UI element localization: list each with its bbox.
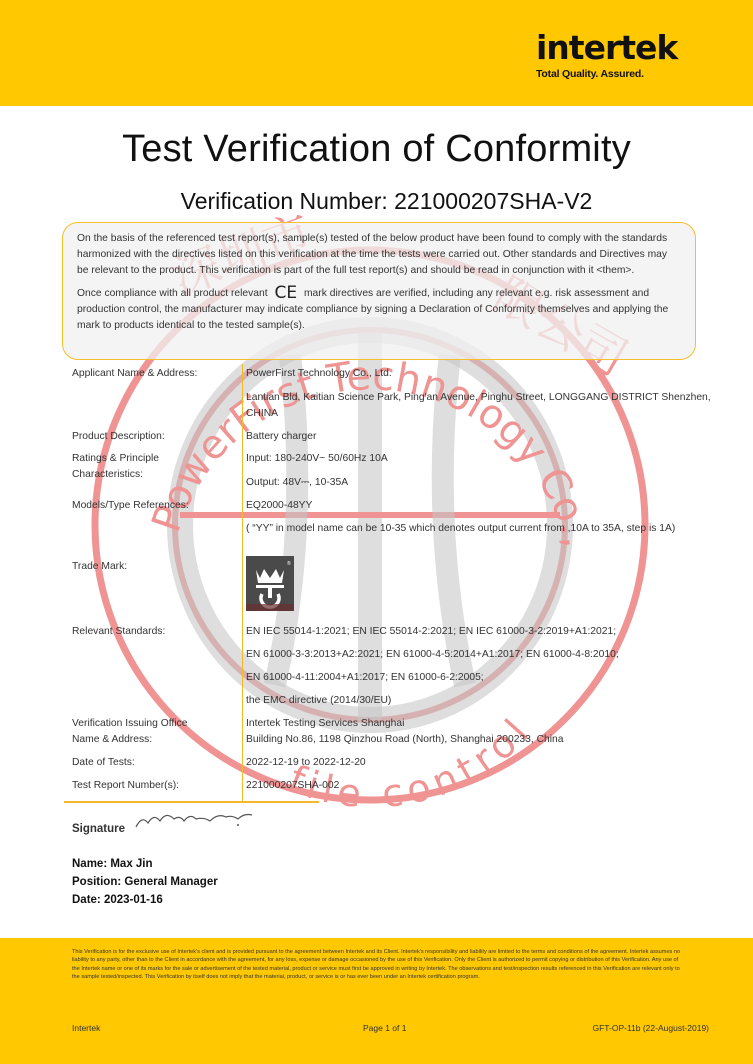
brand-name: intertek	[536, 30, 686, 66]
signature-label: Signature	[72, 823, 125, 835]
handwritten-signature	[134, 805, 264, 835]
conformity-statement-box: On the basis of the referenced test repo…	[62, 222, 696, 360]
svg-text:®: ®	[287, 560, 291, 567]
verification-number: Verification Number: 221000207SHA-V2	[0, 188, 753, 215]
brand-tagline: Total Quality. Assured.	[536, 68, 686, 80]
ratings-input: Input: 180-240V~ 50/60Hz 10A	[246, 451, 726, 467]
form-reference: GFT-OP-11b (22-August-2019)	[592, 1023, 709, 1033]
product-label: Product Description:	[72, 429, 237, 445]
signer-name: Name: Max Jin	[72, 855, 218, 873]
standards-label: Relevant Standards:	[72, 624, 237, 640]
standard-line: EN IEC 55014-1:2021; EN IEC 55014-2:2021…	[246, 624, 726, 640]
statement-text-before: Once compliance with all product relevan…	[77, 288, 268, 299]
page-footer: This Verification is for the exclusive u…	[0, 938, 753, 1064]
office-label: Verification Issuing Office Name & Addre…	[72, 716, 212, 748]
dates-value: 2022-12-19 to 2022-12-20	[246, 755, 726, 771]
applicant-label: Applicant Name & Address:	[72, 366, 237, 382]
ce-mark-icon: CE	[274, 283, 297, 303]
report-label: Test Report Number(s):	[72, 778, 237, 794]
column-divider	[242, 364, 243, 802]
ratings-output: Output: 48V⎓, 10-35A	[246, 475, 726, 491]
trademark-logo-icon: ®	[246, 556, 294, 611]
legal-disclaimer: This Verification is for the exclusive u…	[72, 948, 684, 981]
report-value: 221000207SHA-002	[246, 778, 726, 794]
standard-line: EN 61000-3-3:2013+A2:2021; EN 61000-4-5:…	[246, 647, 726, 663]
trademark-label: Trade Mark:	[72, 559, 237, 575]
signer-block: Name: Max Jin Position: General Manager …	[72, 855, 218, 909]
ratings-label: Ratings & Principle Characteristics:	[72, 451, 182, 483]
applicant-address: Lantian Bld, Kaitian Science Park, Ping'…	[246, 390, 726, 422]
page-title: Test Verification of Conformity	[0, 128, 753, 171]
statement-paragraph-2: Once compliance with all product relevan…	[77, 285, 681, 334]
table-bottom-rule	[64, 801, 319, 803]
models-label: Models/Type References:	[72, 498, 237, 514]
models-value: EQ2000-48YY	[246, 498, 726, 514]
applicant-name: PowerFirst Technology Co., Ltd.	[246, 366, 726, 382]
page-header: intertek Total Quality. Assured.	[0, 0, 753, 106]
statement-paragraph-1: On the basis of the referenced test repo…	[77, 231, 681, 279]
office-address: Building No.86, 1198 Qinzhou Road (North…	[246, 732, 726, 748]
signer-position: Position: General Manager	[72, 873, 218, 891]
page-number: Page 1 of 1	[363, 1023, 406, 1033]
dates-label: Date of Tests:	[72, 755, 237, 771]
standard-line: EN 61000-4-11:2004+A1:2017; EN 61000-6-2…	[246, 670, 726, 686]
standard-line: the EMC directive (2014/30/EU)	[246, 693, 726, 709]
footer-company: Intertek	[72, 1023, 100, 1033]
models-note: ( “YY” in model name can be 10-35 which …	[246, 521, 726, 537]
office-name: Intertek Testing Services Shanghai	[246, 716, 726, 732]
product-value: Battery charger	[246, 429, 726, 445]
intertek-logo: intertek Total Quality. Assured.	[536, 30, 686, 80]
signature-date: Date: 2023-01-16	[72, 891, 218, 909]
